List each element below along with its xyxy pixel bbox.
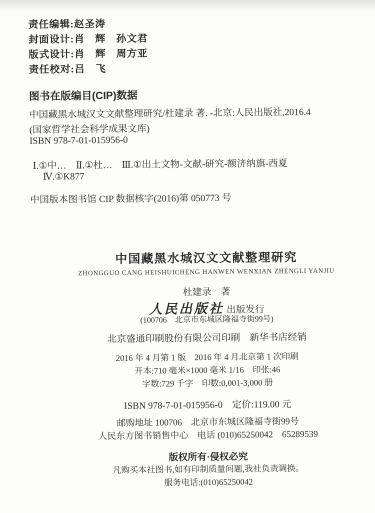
word-count-copies-line: 字数:729 千字 印数:0,001-3,000 册 (36, 375, 375, 391)
staff-credit-responsible-editor: 责任编辑:赵圣涛 (28, 15, 105, 31)
staff-credit-layout-design: 版式设计:肖 辉 周方亚 (28, 45, 147, 61)
sales-center-phone-line: 人民东方图书销售中心 电话 (010)65250042 65289539 (36, 426, 375, 443)
cip-classification-line2: Ⅳ.①K877 (43, 171, 85, 182)
cip-series-line: (国家哲学社会科学成果文库) (29, 121, 149, 136)
page-content: 责任编辑:赵圣涛 封面设计:肖 辉 孙文君 版式设计:肖 辉 周方亚 责任校对:… (0, 0, 375, 513)
cip-registry-line: 中国版本图书馆 CIP 数据核字(2016)第 050773 号 (30, 190, 231, 206)
book-title: 中国藏黑水城汉文文献整理研究 (35, 247, 375, 268)
printer-distributor-line: 北京盛通印刷股份有限公司印刷 新华书店经销 (35, 328, 375, 346)
publisher-address-line: (100706 北京市东城区隆福寺街99号) (35, 312, 375, 327)
staff-credits-block: 责任编辑:赵圣涛 封面设计:肖 辉 孙文君 版式设计:肖 辉 周方亚 责任校对:… (0, 0, 375, 2)
book-copyright-page: 责任编辑:赵圣涛 封面设计:肖 辉 孙文君 版式设计:肖 辉 周方亚 责任校对:… (0, 0, 375, 513)
staff-credit-cover-design: 封面设计:肖 辉 孙文君 (28, 30, 147, 46)
book-title-pinyin: ZHONGGUO CANG HEISHUICHENG HANWEN WENXIA… (35, 267, 375, 278)
cip-entry-line: 中国藏黑水城汉文文献整理研究/杜建录 著. -北京:人民出版社,2016.4 (29, 104, 311, 121)
cip-classification-line1: Ⅰ.①中… Ⅱ.①杜… Ⅲ.①出土文物-文献-研究-额济纳旗-西夏 (33, 155, 288, 172)
isbn-price-line: ISBN 978-7-01-015956-0 定价:119.00 元 (36, 395, 375, 413)
cip-data-block: 图书在版编目(CIP)数据 中国藏黑水城汉文文献整理研究/杜建录 著. -北京:… (0, 0, 375, 2)
cip-heading: 图书在版编目(CIP)数据 (29, 88, 138, 104)
cip-isbn-line: ISBN 978-7-01-015956-0 (29, 136, 128, 147)
colophon-block: 中国藏黑水城汉文文献整理研究 ZHONGGUO CANG HEISHUICHEN… (0, 0, 375, 2)
staff-credit-proofreader: 责任校对:吕 飞 (29, 60, 106, 76)
service-phone-line: 服务电话:(010)65250042 (37, 474, 375, 490)
